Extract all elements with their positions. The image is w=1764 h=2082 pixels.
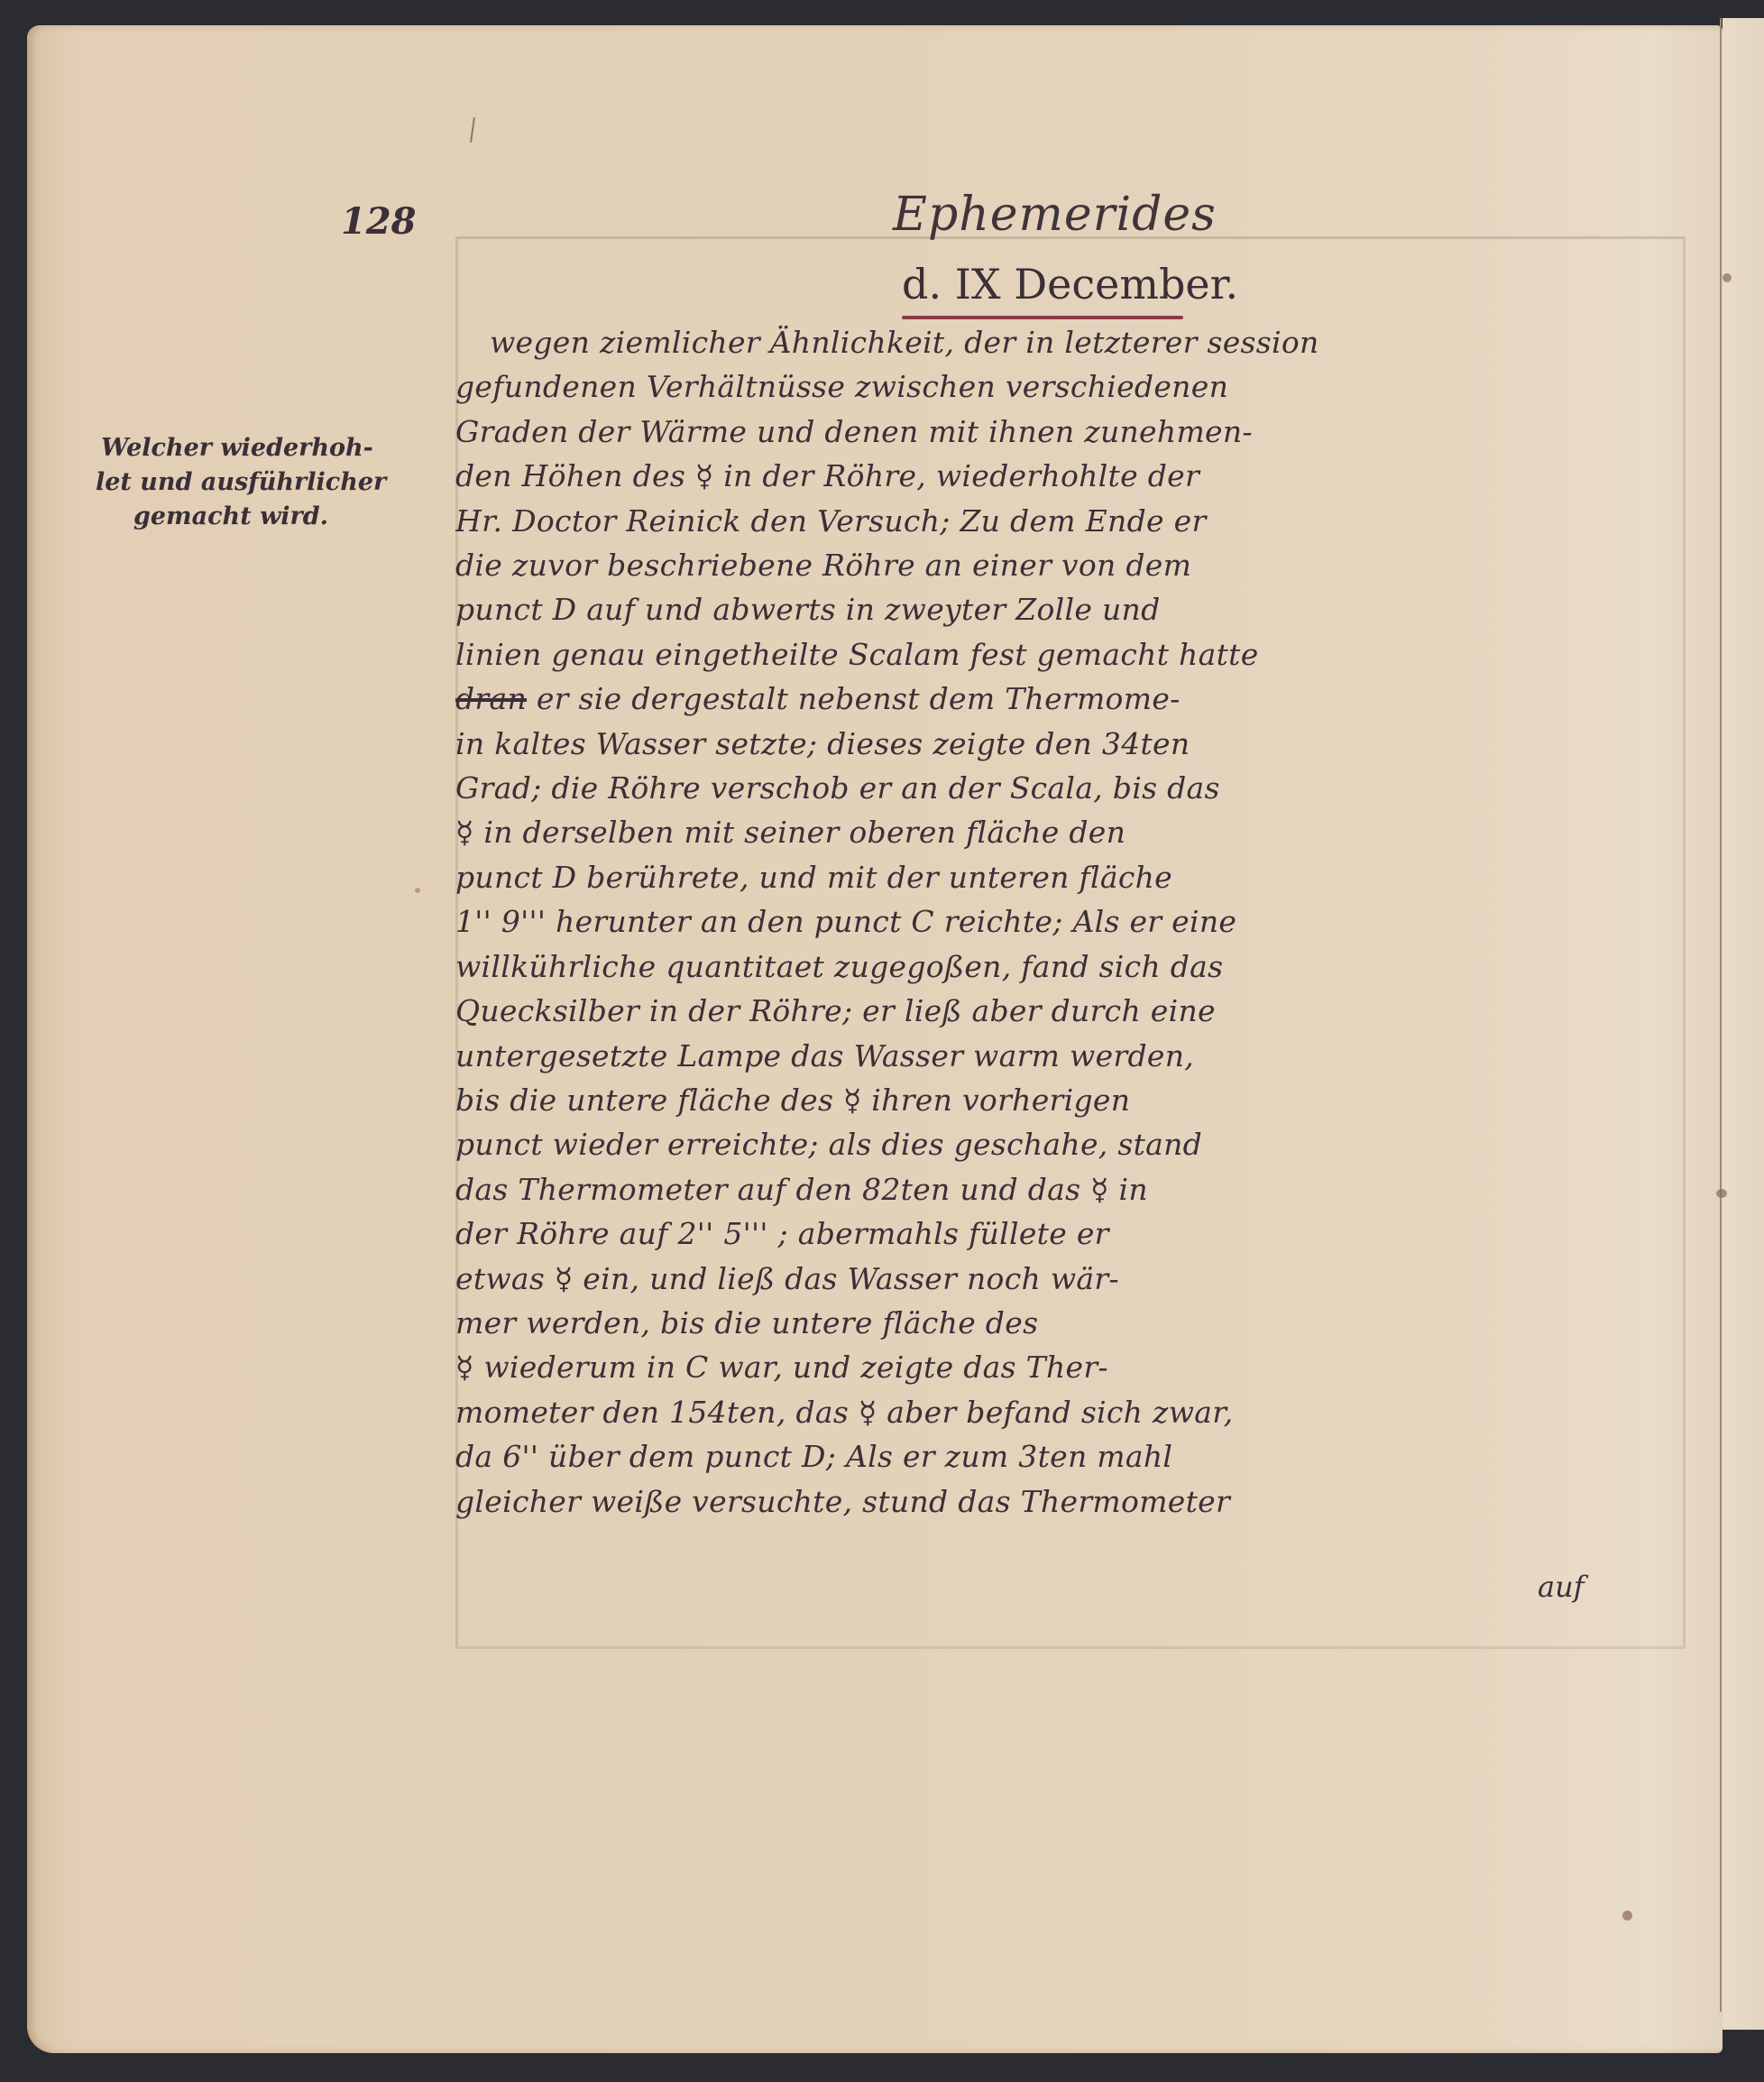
next-page-edge (1723, 18, 1764, 2030)
date-red-underline (902, 316, 1183, 319)
body-line: gleicher weiße versuchte, stund das Ther… (455, 1479, 1682, 1524)
body-line: da 6'' über dem punct D; Als er zum 3ten… (455, 1434, 1682, 1479)
body-line: ☿ wiederum in C war, und zeigte das Ther… (455, 1345, 1682, 1389)
ink-spot (1723, 273, 1732, 282)
body-line: ☿ in derselben mit seiner oberen fläche … (455, 810, 1682, 854)
body-line: der Röhre auf 2'' 5''' ; abermahls fülle… (455, 1211, 1682, 1256)
margin-note: Welcher wiederhoh- let und ausführlicher… (101, 431, 426, 534)
body-line: Grad; die Röhre verschob er an der Scala… (455, 766, 1682, 810)
body-line: gefundenen Verhältnüsse zwischen verschi… (455, 364, 1682, 409)
body-line: das Thermometer auf den 82ten und das ☿ … (455, 1167, 1682, 1211)
body-line: punct D auf und abwerts in zweyter Zolle… (455, 587, 1682, 631)
entry-date: d. IX December. (902, 260, 1238, 309)
body-line: mer werden, bis die untere fläche des (455, 1301, 1682, 1345)
body-line: dran er sie dergestalt nebenst dem Therm… (455, 677, 1682, 721)
body-line: Hr. Doctor Reinick den Versuch; Zu dem E… (455, 499, 1682, 543)
ink-spot (1716, 1189, 1727, 1198)
body-line: wegen ziemlicher Ähnlichkeit, der in let… (455, 320, 1682, 364)
body-text: wegen ziemlicher Ähnlichkeit, der in let… (455, 320, 1682, 1524)
catchword: auf (1538, 1570, 1585, 1604)
body-line: in kaltes Wasser setzte; dieses zeigte d… (455, 722, 1682, 766)
struck-word: dran (455, 681, 527, 716)
body-line: bis die untere fläche des ☿ ihren vorher… (455, 1078, 1682, 1122)
body-line: Quecksilber in der Röhre; er ließ aber d… (455, 989, 1682, 1033)
page-number: 128 (341, 200, 417, 243)
margin-note-line: gemacht wird. (133, 500, 426, 534)
margin-note-line: let und ausführlicher (96, 465, 426, 500)
body-line: etwas ☿ ein, und ließ das Wasser noch wä… (455, 1257, 1682, 1301)
ink-spot (1622, 1911, 1632, 1921)
body-line-text: er sie dergestalt nebenst dem Thermome- (537, 681, 1181, 716)
body-line: punct wieder erreichte; als dies geschah… (455, 1122, 1682, 1166)
body-line: Graden der Wärme und denen mit ihnen zun… (455, 410, 1682, 454)
body-line: den Höhen des ☿ in der Röhre, wiederhohl… (455, 454, 1682, 498)
body-line: linien genau eingetheilte Scalam fest ge… (455, 632, 1682, 677)
body-line: untergesetzte Lampe das Wasser warm werd… (455, 1034, 1682, 1078)
body-line: mometer den 154ten, das ☿ aber befand si… (455, 1390, 1682, 1434)
running-heading: Ephemerides (893, 188, 1217, 242)
body-line: 1'' 9''' herunter an den punct C reichte… (455, 899, 1682, 944)
ink-spot (415, 888, 420, 893)
body-line: die zuvor beschriebene Röhre an einer vo… (455, 543, 1682, 587)
margin-note-line: Welcher wiederhoh- (101, 431, 426, 465)
body-line: willkührliche quantitaet zugegoßen, fand… (455, 944, 1682, 989)
page-gutter-fold (1720, 18, 1722, 2012)
body-line: punct D berührete, und mit der unteren f… (455, 855, 1682, 899)
